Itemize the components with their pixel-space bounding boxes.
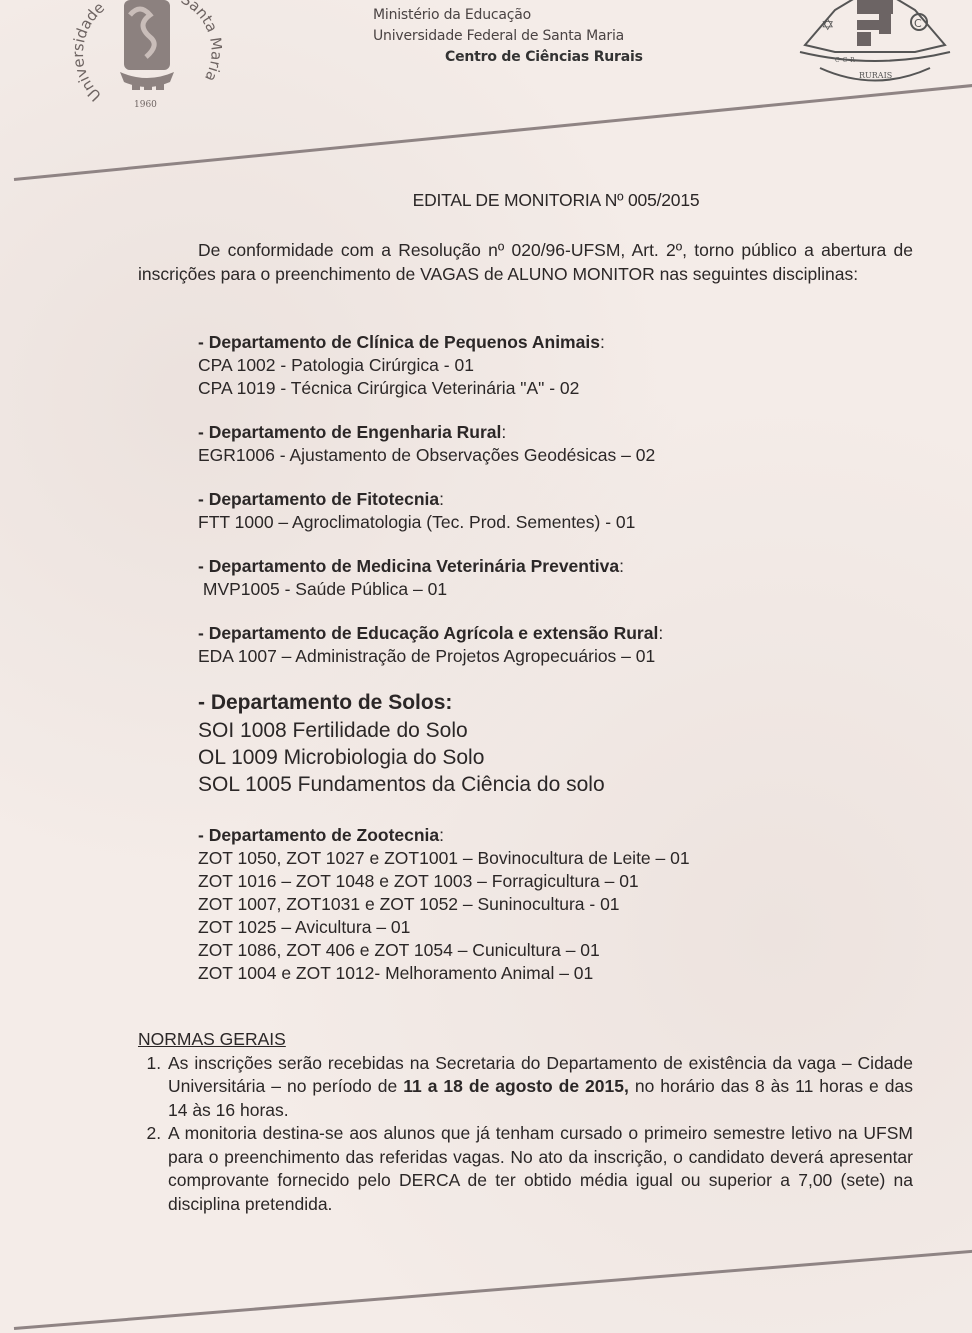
course-item: SOL 1005 Fundamentos da Ciência do solo: [198, 771, 898, 798]
course-item: ZOT 1016 – ZOT 1048 e ZOT 1003 – Forragi…: [198, 870, 898, 893]
copyright-icon: C: [914, 17, 922, 30]
intro-paragraph: De conformidade com a Resolução nº 020/9…: [138, 238, 913, 286]
department-solos: - Departamento de Solos: SOI 1008 Fertil…: [198, 689, 898, 798]
ccr-emblem-logo: ✡ C CCR RURAIS: [795, 0, 955, 100]
department-name: - Departamento de Solos:: [198, 691, 452, 714]
department-name: - Departamento de Educação Agrícola e ex…: [198, 623, 658, 643]
department-medicina-veterinaria-preventiva: - Departamento de Medicina Veterinária P…: [198, 555, 898, 601]
course-item: CPA 1019 - Técnica Cirúrgica Veterinária…: [198, 377, 898, 400]
course-item: EGR1006 - Ajustamento de Observações Geo…: [198, 444, 898, 467]
header-center: Centro de Ciências Rurais: [373, 47, 643, 68]
department-name: - Departamento de Medicina Veterinária P…: [198, 556, 619, 576]
course-item: EDA 1007 – Administração de Projetos Agr…: [198, 645, 898, 668]
course-item: ZOT 1025 – Avicultura – 01: [198, 916, 898, 939]
general-rules-section: NORMAS GERAIS As inscrições serão recebi…: [138, 1028, 913, 1216]
document-title: EDITAL DE MONITORIA Nº 005/2015: [0, 190, 972, 211]
department-educacao-agricola: - Departamento de Educação Agrícola e ex…: [198, 622, 898, 668]
department-name: - Departamento de Clínica de Pequenos An…: [198, 332, 600, 352]
course-item: CPA 1002 - Patologia Cirúrgica - 01: [198, 354, 898, 377]
course-item: ZOT 1050, ZOT 1027 e ZOT1001 – Bovinocul…: [198, 847, 898, 870]
departments-list: - Departamento de Clínica de Pequenos An…: [198, 331, 898, 1006]
course-item: ZOT 1007, ZOT1031 e ZOT 1052 – Suninocul…: [198, 893, 898, 916]
footer-divider-line: [14, 1249, 972, 1330]
department-name: - Departamento de Fitotecnia: [198, 489, 439, 509]
institution-header: Ministério da Educação Universidade Fede…: [373, 5, 643, 68]
department-name: - Departamento de Zootecnia: [198, 825, 439, 845]
department-name: - Departamento de Engenharia Rural: [198, 422, 501, 442]
seal-year: 1960: [134, 100, 157, 110]
department-fitotecnia: - Departamento de Fitotecnia: FTT 1000 –…: [198, 488, 898, 534]
course-item: MVP1005 - Saúde Pública – 01: [198, 578, 898, 601]
seal-ring-text-right: Santa Maria: [178, 0, 222, 84]
seal-ring-text-left: Universidade: [72, 0, 108, 105]
department-engenharia-rural: - Departamento de Engenharia Rural: EGR1…: [198, 421, 898, 467]
svg-text:Universidade: Universidade: [72, 0, 108, 105]
header-ministry: Ministério da Educação: [373, 7, 531, 23]
intro-text: De conformidade com a Resolução nº 020/9…: [138, 240, 913, 284]
course-item: FTT 1000 – Agroclimatologia (Tec. Prod. …: [198, 511, 898, 534]
emblem-bottom-text: RURAIS: [859, 71, 892, 80]
course-item: ZOT 1086, ZOT 406 e ZOT 1054 – Cunicultu…: [198, 939, 898, 962]
general-rules-title: NORMAS GERAIS: [138, 1028, 913, 1052]
svg-text:Santa Maria: Santa Maria: [178, 0, 222, 84]
department-clinica-pequenos-animais: - Departamento de Clínica de Pequenos An…: [198, 331, 898, 400]
registration-period: 11 a 18 de agosto de 2015,: [403, 1076, 629, 1096]
general-rules-list: As inscrições serão recebidas na Secreta…: [138, 1052, 913, 1217]
header-university: Universidade Federal de Santa Maria: [373, 28, 624, 44]
course-item: SOI 1008 Fertilidade do Solo: [198, 717, 898, 744]
rule-item: As inscrições serão recebidas na Secreta…: [166, 1052, 913, 1123]
course-item: OL 1009 Microbiologia do Solo: [198, 744, 898, 771]
course-item: ZOT 1004 e ZOT 1012- Melhoramento Animal…: [198, 962, 898, 985]
department-zootecnia: - Departamento de Zootecnia: ZOT 1050, Z…: [198, 824, 898, 985]
ufsm-seal-logo: Universidade Santa Maria 1960: [72, 0, 222, 120]
star-icon: ✡: [821, 15, 834, 34]
emblem-band-text: CCR: [835, 57, 858, 64]
rule-item: A monitoria destina-se aos alunos que já…: [166, 1122, 913, 1216]
